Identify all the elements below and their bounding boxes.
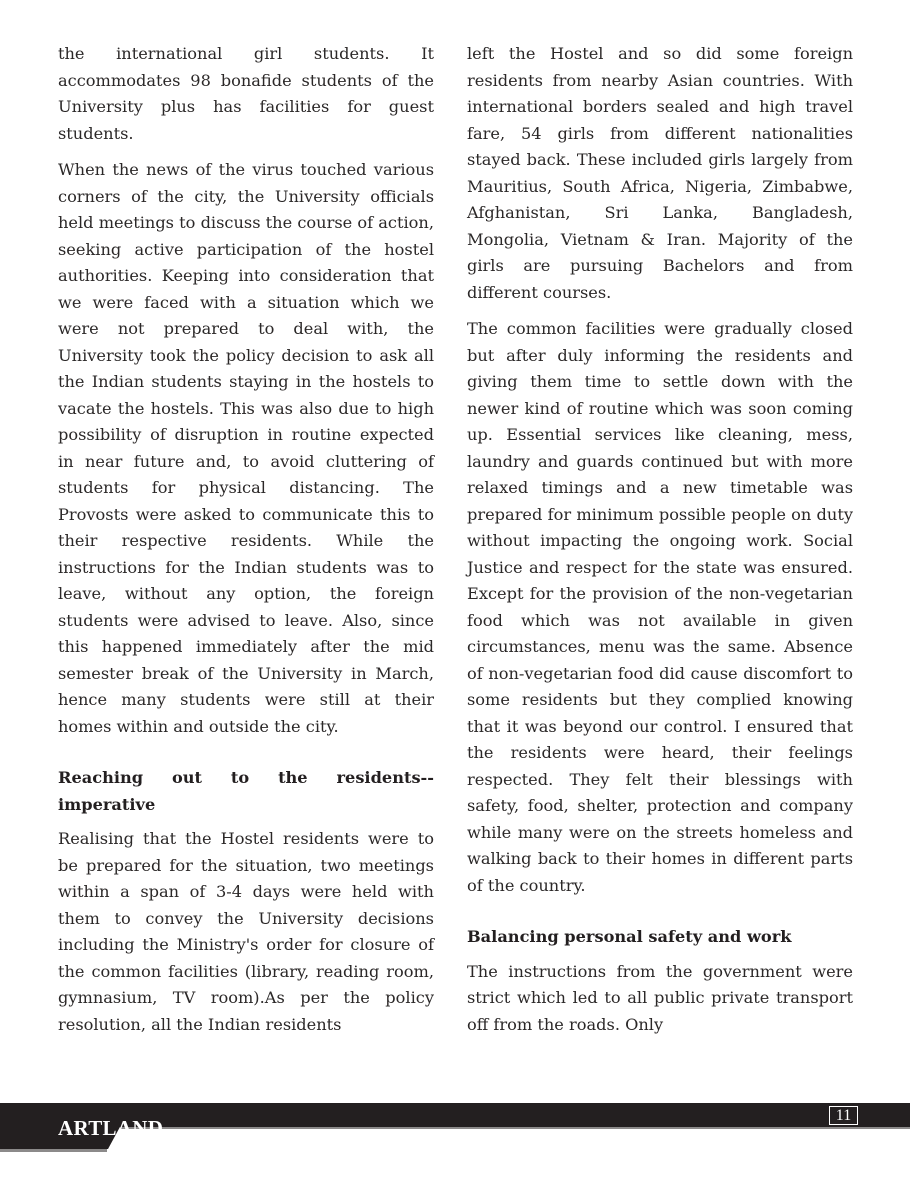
paragraph-remaining-residents: left the Hostel and so did some foreign …: [467, 41, 853, 306]
brand-name: ARTLAND: [58, 1116, 163, 1141]
paragraph-resident-meetings: Realising that the Hostel residents were…: [58, 826, 434, 1038]
paragraph-university-response: When the news of the virus touched vario…: [58, 157, 434, 740]
section-heading-reaching-out: Reaching out to the residents--imperativ…: [58, 765, 434, 818]
page-number: 11: [829, 1106, 858, 1125]
right-column: left the Hostel and so did some foreign …: [467, 41, 853, 1048]
paragraph-common-facilities: The common facilities were gradually clo…: [467, 316, 853, 899]
footer-tab-shadow: [0, 1149, 107, 1152]
left-column: the international girl students. It acco…: [58, 41, 434, 1048]
section-heading-balancing-safety: Balancing personal safety and work: [467, 924, 853, 951]
footer-bar-shadow: [120, 1127, 910, 1129]
paragraph-hostel-capacity: the international girl students. It acco…: [58, 41, 434, 147]
document-page: the international girl students. It acco…: [0, 0, 910, 1192]
paragraph-government-instructions: The instructions from the government wer…: [467, 959, 853, 1039]
